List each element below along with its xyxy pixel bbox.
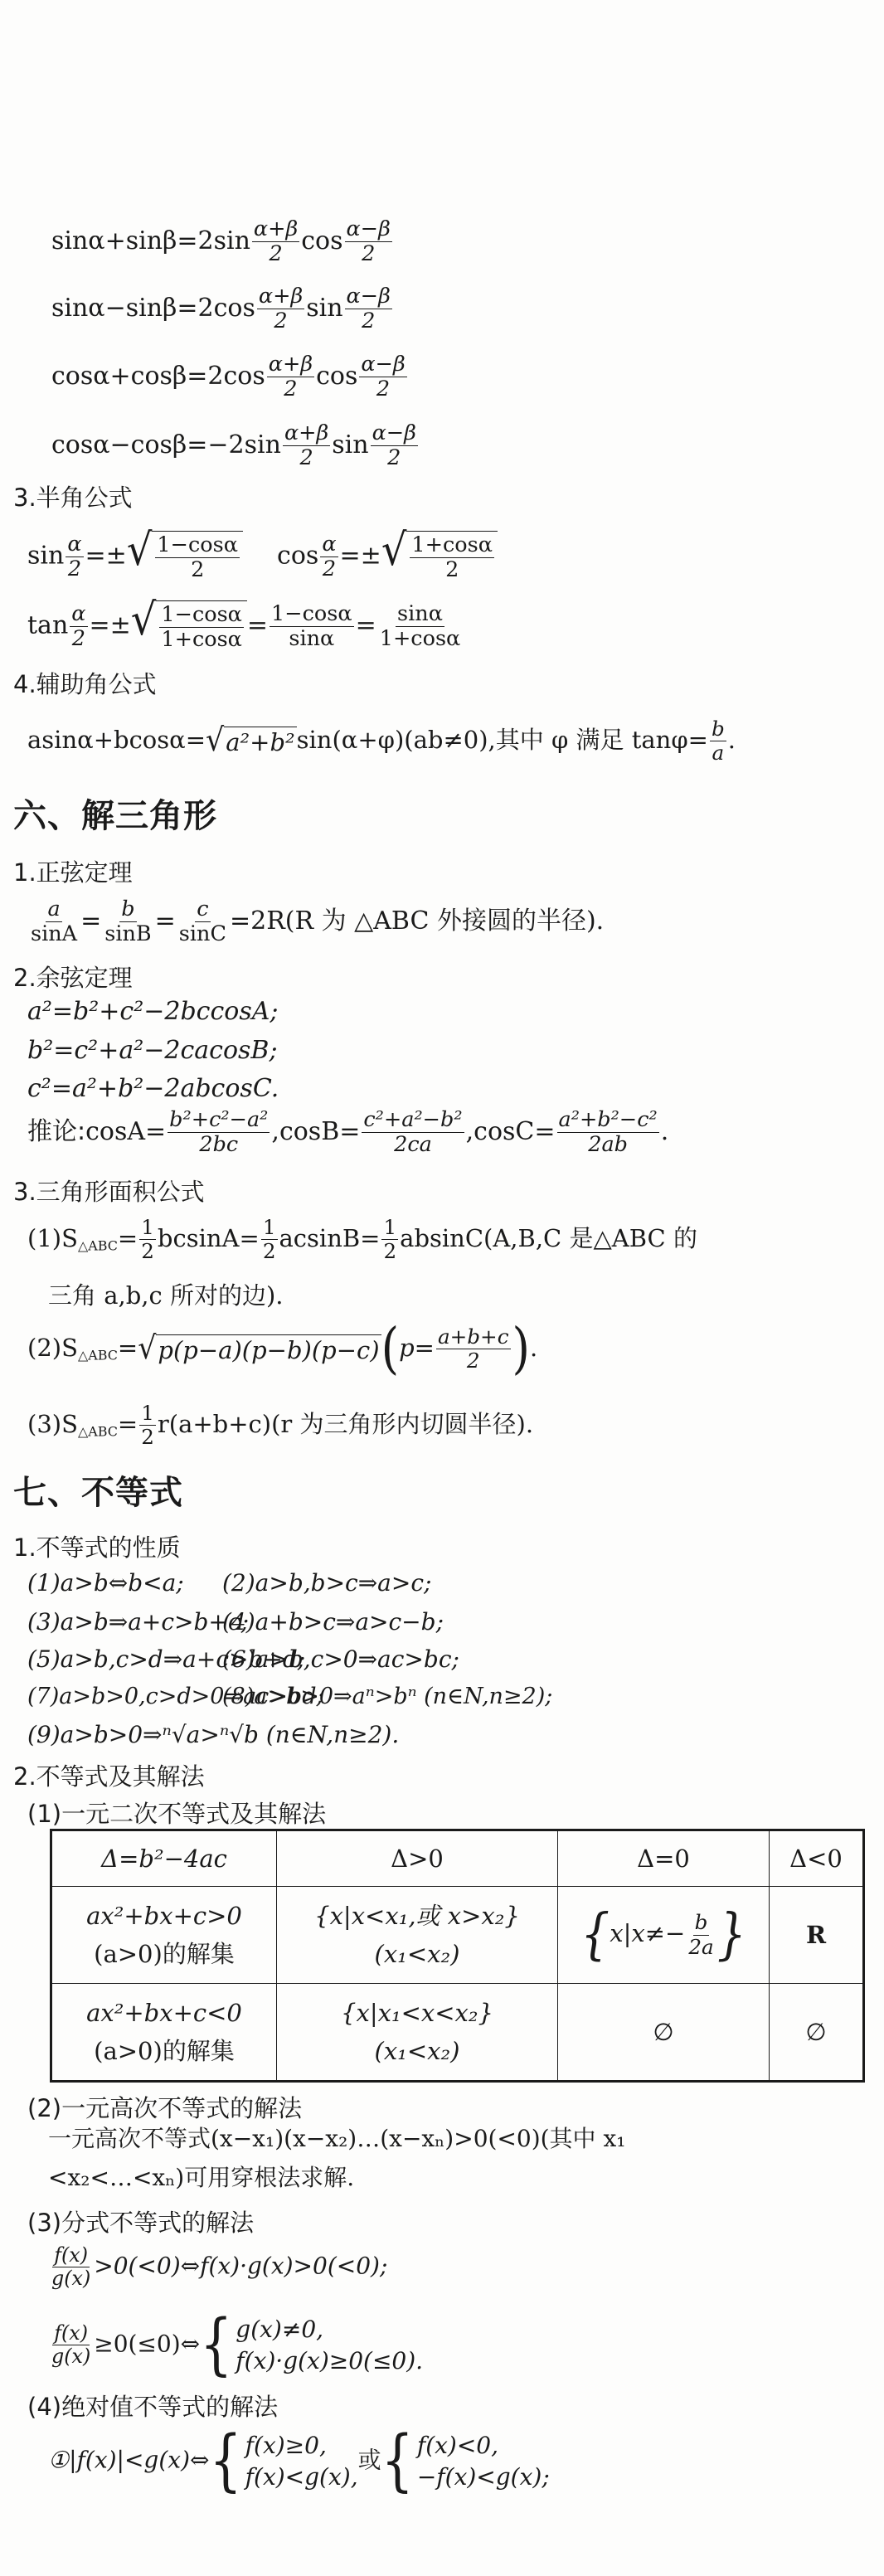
triangle-area-formula-3: (3)S△ABC=12r(a+b+c)(r 为三角形内切圆半径). <box>27 1402 533 1450</box>
property-9: (9)a>b>0⇒ⁿ√a>ⁿ√b (n∈N,n≥2). <box>27 1723 399 1747</box>
table-header-cell: Δ>0 <box>277 1830 558 1887</box>
square-root: √p(p−a)(p−b)(p−c) <box>138 1334 381 1363</box>
table-cell: R <box>770 1887 864 1984</box>
table-cell: ax²+bx+c<0(a>0)的解集 <box>51 1984 277 2082</box>
auxiliary-angle-formula: asinα+bcosα=√a²+b²sin(α+φ)(ab≠0),其中 φ 满足… <box>27 717 736 766</box>
table-row: ax²+bx+c>0(a>0)的解集 {x|x<x₁,或 x>x₂}(x₁<x₂… <box>51 1887 864 1984</box>
law-of-cosines-line-2: b²=c²+a²−2cacosB; <box>27 1038 278 1063</box>
sum-to-product-line-1: sinα+sinβ=2sinα+β2cosα−β2 <box>51 217 394 267</box>
fraction: α+β2 <box>252 217 299 267</box>
case-brace: {g(x)≠0,f(x)·g(x)≥0(≤0). <box>200 2314 423 2377</box>
table-cell: ∅ <box>558 1984 770 2082</box>
higher-order-line-2: <x₂<…<xₙ)可用穿根法求解. <box>48 2166 354 2190</box>
quadratic-inequality-heading: (1)一元二次不等式及其解法 <box>27 1796 326 1830</box>
law-of-sines-formula: asinA=bsinB=csinC=2R(R 为 △ABC 外接圆的半径). <box>27 897 604 947</box>
property-1: (1)a>b⇔b<a; <box>27 1572 184 1595</box>
absolute-value-line-1: ①|f(x)|<g(x)⇔{f(x)≥0,f(x)<g(x),或{f(x)<0,… <box>48 2430 550 2493</box>
fraction: α−β2 <box>371 421 418 471</box>
table-header-cell: Δ<0 <box>770 1830 864 1887</box>
sum-to-product-line-2: sinα−sinβ=2cosα+β2sinα−β2 <box>51 284 394 334</box>
fractional-line-1: f(x)g(x)>0(<0)⇔f(x)·g(x)>0(<0); <box>48 2244 387 2291</box>
triangle-area-formula-1: (1)S△ABC=12bcsinA=12acsinB=12absinC(A,B,… <box>27 1216 697 1264</box>
property-3: (3)a>b⇒a+c>b+c; <box>27 1611 249 1634</box>
inequality-solving-heading: 2.不等式及其解法 <box>13 1758 205 1792</box>
fraction: α+β2 <box>267 352 314 402</box>
fraction: α+β2 <box>257 284 304 334</box>
case-brace: {f(x)≥0,f(x)<g(x), <box>209 2430 357 2493</box>
half-angle-heading: 3.半角公式 <box>13 479 133 513</box>
triangle-area-formula-2: (2)S△ABC=√p(p−a)(p−b)(p−c)(p=a+b+c2). <box>27 1325 537 1373</box>
fraction: α−β2 <box>345 284 392 334</box>
auxiliary-angle-heading: 4.辅助角公式 <box>13 666 157 700</box>
fractional-heading: (3)分式不等式的解法 <box>27 2204 254 2238</box>
half-angle-sin-cos: sinα2=±√1−cosα2 cosα2=±√1+cosα2 <box>27 531 498 583</box>
higher-order-heading: (2)一元高次不等式的解法 <box>27 2090 302 2124</box>
half-angle-tan: tanα2=±√1−cosα1+cosα=1−cosαsinα=sinα1+co… <box>27 600 464 653</box>
square-root: √a²+b² <box>206 727 297 756</box>
law-of-sines-heading: 1.正弦定理 <box>13 854 133 888</box>
fraction: α−β2 <box>345 217 392 267</box>
property-4: (4)a+b>c⇒a>c−b; <box>222 1611 444 1634</box>
sum-to-product-line-4: cosα−cosβ=−2sinα+β2sinα−β2 <box>51 421 420 471</box>
fraction: α+β2 <box>283 421 330 471</box>
table-header-cell: Δ=0 <box>558 1830 770 1887</box>
table-cell: ∅ <box>770 1984 864 2082</box>
section-6-title: 六、解三角形 <box>13 790 217 837</box>
property-8: (8)a>b>0⇒aⁿ>bⁿ (n∈N,n≥2); <box>222 1685 552 1708</box>
square-root: √1−cosα2 <box>127 531 243 583</box>
table-cell: {x|x₁<x<x₂}(x₁<x₂) <box>277 1984 558 2082</box>
law-of-cosines-line-1: a²=b²+c²−2bccosA; <box>27 999 279 1024</box>
law-of-cosines-corollary: 推论:cosA=b²+c²−a²2bc,cosB=c²+a²−b²2ca,cos… <box>27 1108 668 1158</box>
quadratic-inequality-table: Δ=b²−4ac Δ>0 Δ=0 Δ<0 ax²+bx+c>0(a>0)的解集 … <box>50 1829 865 2083</box>
property-6: (6)a>b,c>0⇒ac>bc; <box>222 1648 459 1671</box>
inequality-properties-heading: 1.不等式的性质 <box>13 1529 181 1563</box>
table-cell: {x|x≠−b2a} <box>558 1887 770 1984</box>
triangle-area-formula-1-cont: 三角 a,b,c 所对的边). <box>48 1284 284 1308</box>
table-header-row: Δ=b²−4ac Δ>0 Δ=0 Δ<0 <box>51 1830 864 1887</box>
square-root: √1−cosα1+cosα <box>131 600 247 653</box>
section-7-title: 七、不等式 <box>13 1466 183 1514</box>
law-of-cosines-line-3: c²=a²+b²−2abcosC. <box>27 1077 279 1101</box>
fraction: α−β2 <box>359 352 406 402</box>
table-header-cell: Δ=b²−4ac <box>51 1830 277 1887</box>
case-brace: {f(x)<0,−f(x)<g(x); <box>381 2430 550 2493</box>
law-of-cosines-heading: 2.余弦定理 <box>13 960 133 994</box>
absolute-value-heading: (4)绝对值不等式的解法 <box>27 2389 278 2423</box>
higher-order-line-1: 一元高次不等式(x−x₁)(x−x₂)…(x−xₙ)>0(<0)(其中 x₁ <box>48 2127 625 2151</box>
table-cell: {x|x<x₁,或 x>x₂}(x₁<x₂) <box>277 1887 558 1984</box>
table-cell: ax²+bx+c>0(a>0)的解集 <box>51 1887 277 1984</box>
square-root: √1+cosα2 <box>381 531 498 583</box>
sum-to-product-line-3: cosα+cosβ=2cosα+β2cosα−β2 <box>51 352 409 402</box>
triangle-area-heading: 3.三角形面积公式 <box>13 1174 205 1208</box>
table-row: ax²+bx+c<0(a>0)的解集 {x|x₁<x<x₂}(x₁<x₂) ∅ … <box>51 1984 864 2082</box>
property-2: (2)a>b,b>c⇒a>c; <box>222 1572 431 1595</box>
fractional-line-2: f(x)g(x)≥0(≤0)⇔{g(x)≠0,f(x)·g(x)≥0(≤0). <box>48 2314 423 2377</box>
